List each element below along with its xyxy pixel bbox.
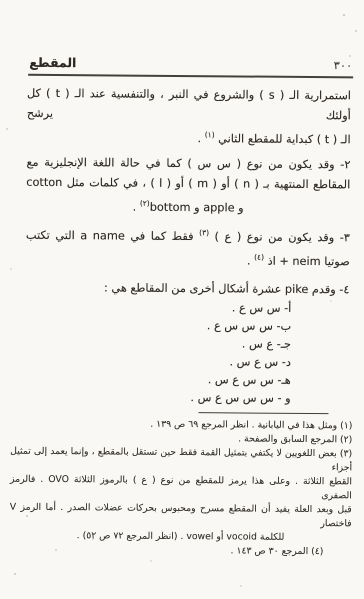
- footnote-3: (٣) بعض اللغويين لا يكتفي بتمثيل القمة ف…: [9, 445, 352, 546]
- page-content: المقطع ٣٠٠ استمرارية الـ ( s ) والشروع ف…: [0, 0, 364, 559]
- running-title: المقطع: [29, 55, 76, 70]
- text-line: (٣) بعض اللغويين لا يكتفي بتمثيل القمة ف…: [10, 445, 352, 476]
- text-segment: صوتيا neim + اذ: [264, 255, 350, 269]
- numbered-item-4: ٤- وقدم pike عشرة أشكال أخرى من المقاطع …: [25, 278, 350, 409]
- footnotes: (١) ومثل هذا في اليابانية . انظر المرجع …: [9, 417, 352, 560]
- page-number: ٣٠٠: [334, 58, 353, 72]
- page-header: المقطع ٣٠٠: [1, 55, 364, 73]
- text-line: القطع الثلاثة . وعلى هذا يرمز للمقطع من …: [10, 473, 352, 504]
- text-line: استمرارية الـ ( s ) والشروع في النبر ، و…: [27, 84, 351, 127]
- body-text: استمرارية الـ ( s ) والشروع في النبر ، و…: [0, 76, 364, 560]
- text-line: الـ ( t ) كبداية للمقطع الثاني (١) .: [27, 124, 351, 151]
- text-segment: .: [197, 132, 204, 145]
- paragraph-continuation: استمرارية الـ ( s ) والشروع في النبر ، و…: [27, 84, 351, 151]
- text-line: و apple و bottom(٢) .: [26, 193, 350, 220]
- text-segment: فقط كما في a name التي تكتب: [26, 229, 199, 243]
- text-segment: ٣- وقد يكون من نوع ( ع ): [209, 230, 350, 244]
- footnote-marker-4: (٤): [254, 253, 264, 262]
- text-line: صوتيا neim + اذ (٤) .: [26, 246, 350, 273]
- text-line: المقاطع المنتهية بـ ( n ) أو ( m ) أو ( …: [26, 173, 350, 196]
- footnote-4: (٤) المرجع ٣٠ ص ١٤٣ .: [9, 543, 351, 560]
- numbered-item-3: ٣- وقد يكون من نوع ( ع ) (٣) فقط كما في …: [26, 222, 350, 273]
- item-4-heading: ٤- وقدم pike عشرة أشكال أخرى من المقاطع …: [25, 278, 349, 301]
- text-segment: .: [133, 201, 140, 214]
- text-segment: و apple و bottom: [150, 201, 244, 215]
- scanned-book-page: المقطع ٣٠٠ استمرارية الـ ( s ) والشروع ف…: [0, 0, 364, 599]
- text-line: ٣- وقد يكون من نوع ( ع ) (٣) فقط كما في …: [26, 222, 350, 249]
- footnote-separator: [199, 412, 329, 414]
- footnote-marker-2: (٢): [140, 199, 150, 208]
- text-line: قبل وبعد العلة يفيد أن المقطع مسرح ومحبو…: [10, 501, 352, 532]
- text-line: ٢- وقد يكون من نوع ( س س ) كما في حالة ا…: [26, 153, 350, 176]
- footnote-marker-3: (٣): [199, 228, 209, 237]
- syllable-pattern-item: و - س س س ع س .: [25, 388, 349, 409]
- numbered-item-2: ٢- وقد يكون من نوع ( س س ) كما في حالة ا…: [26, 153, 350, 220]
- text-segment: الـ ( t ) كبداية للمقطع الثاني: [215, 132, 351, 146]
- footnote-marker-1: (١): [205, 130, 215, 139]
